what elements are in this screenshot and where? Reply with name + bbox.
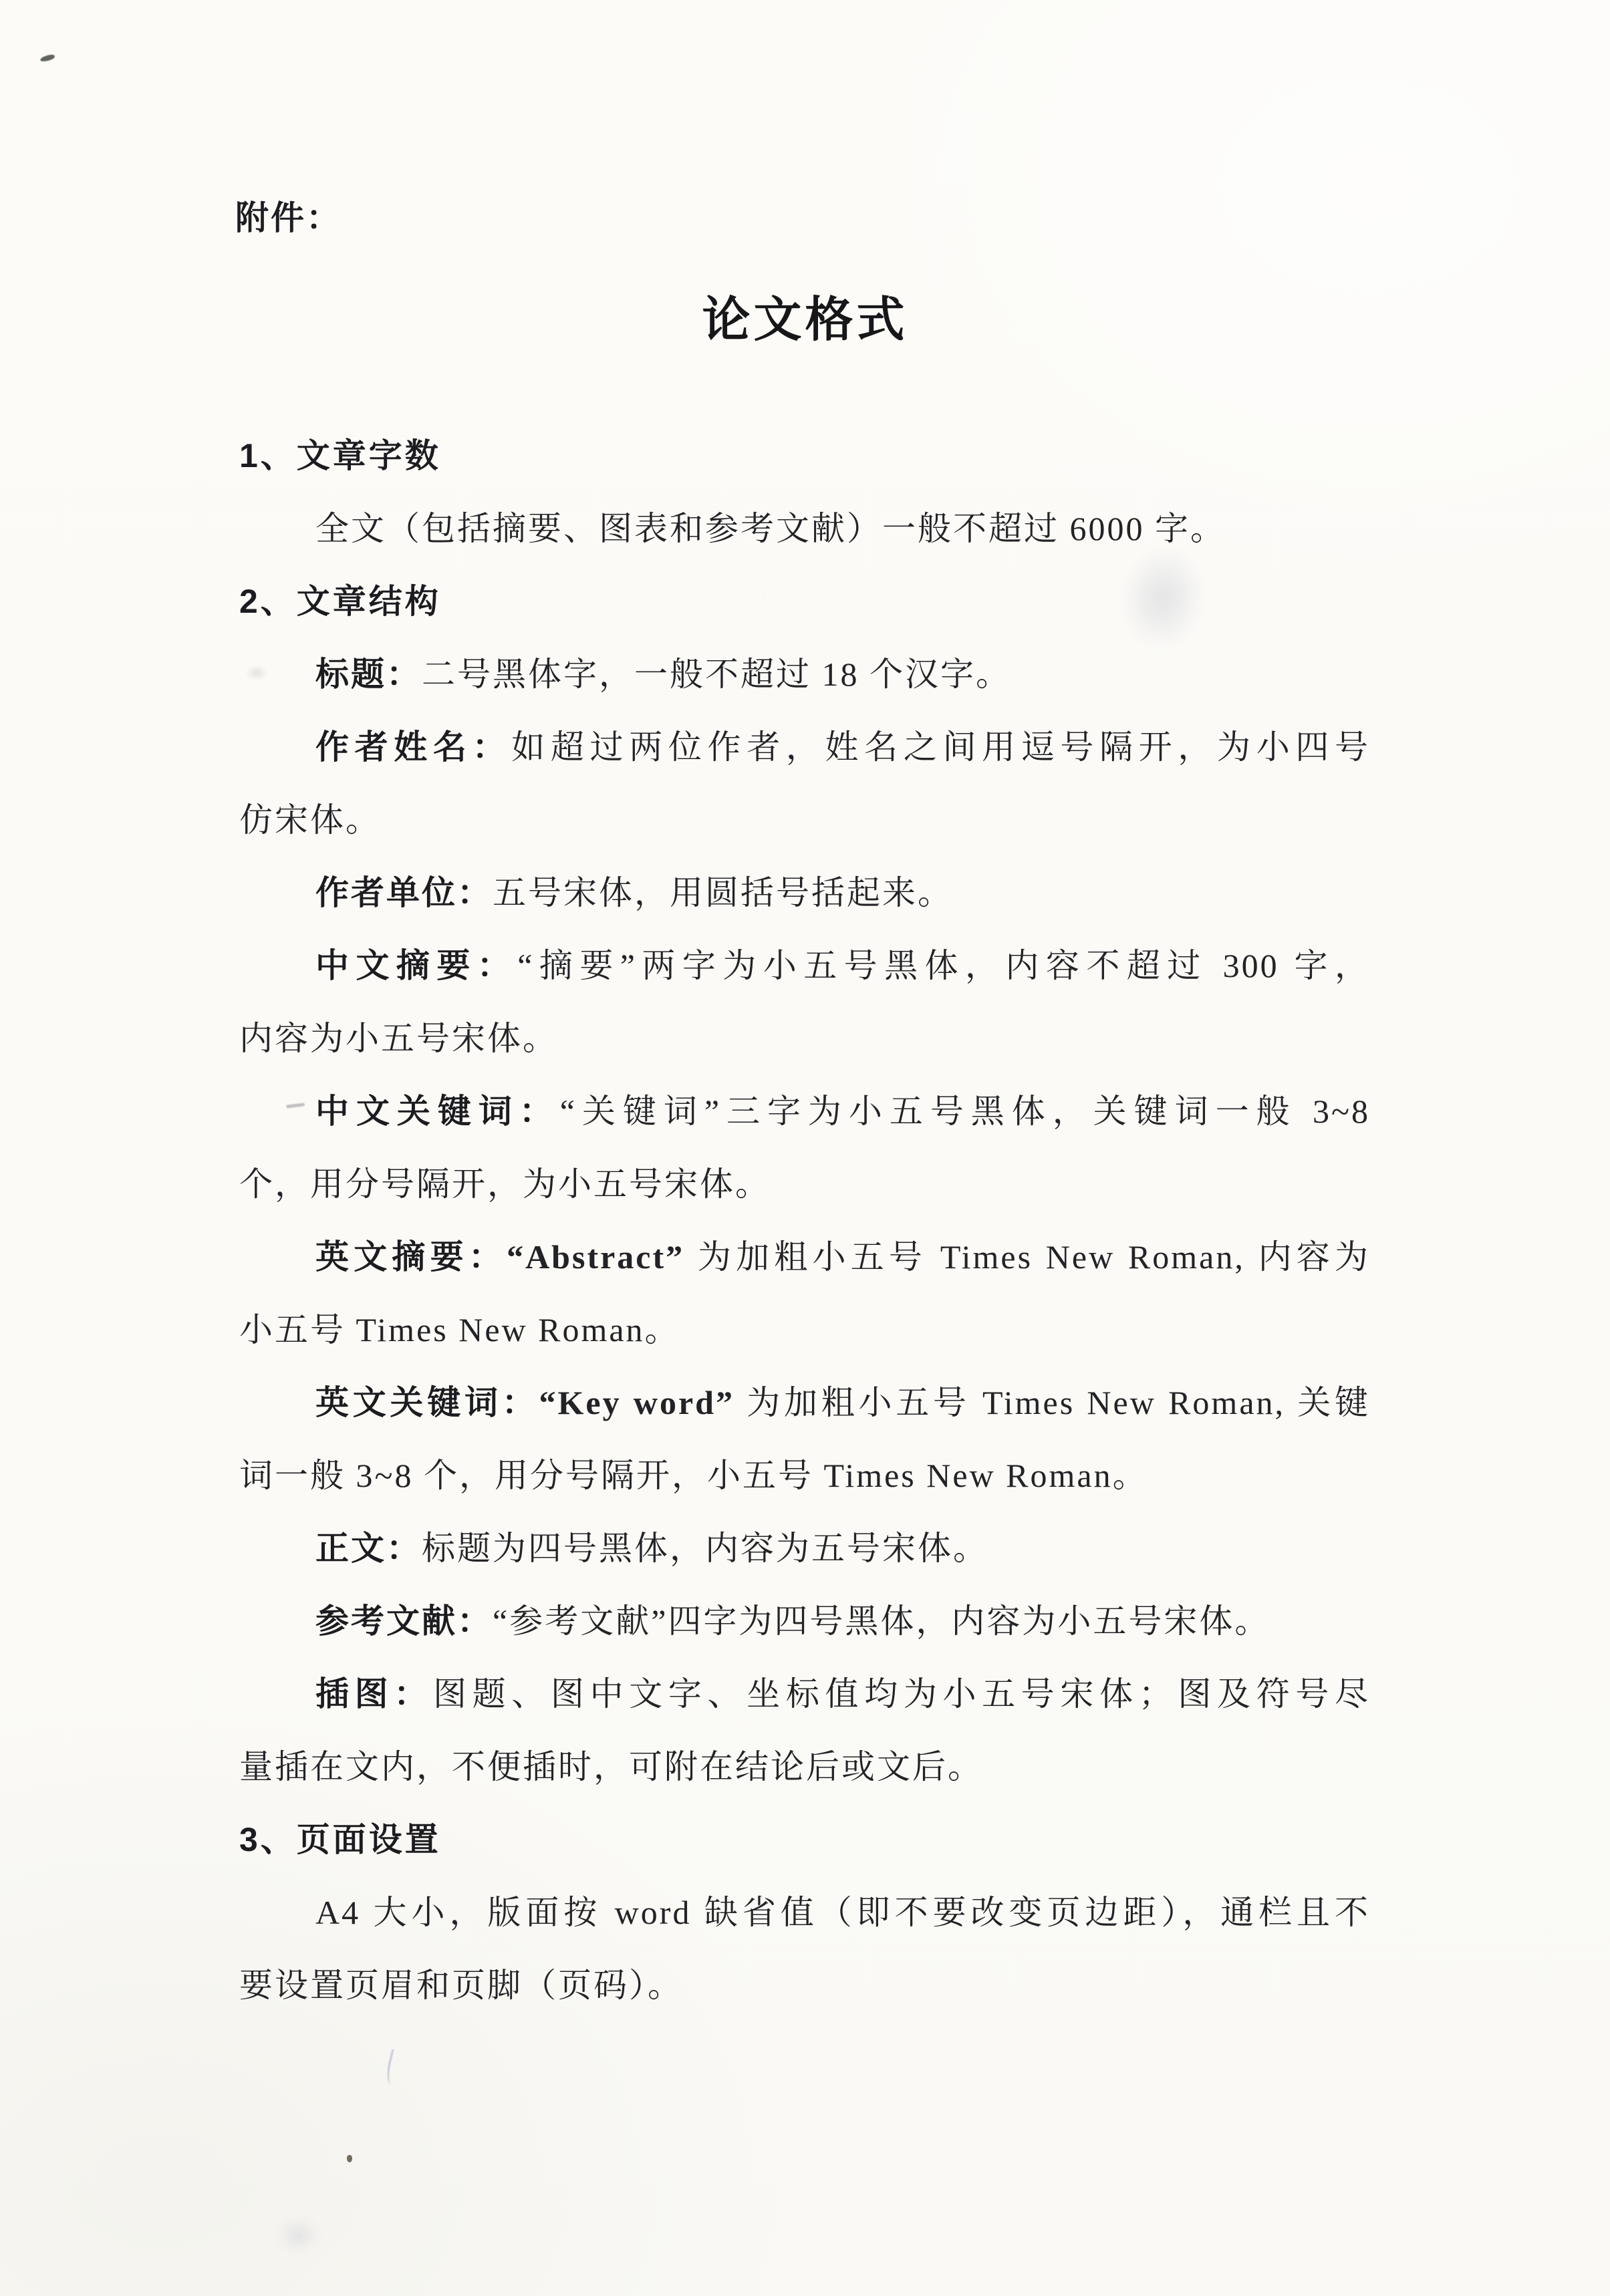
paragraph-label: 标题： [315,656,422,693]
paragraph-label: 作者单位： [315,874,493,911]
paragraph-line: 中文摘要：“摘要”两字为小五号黑体，内容不超过 300 字， [239,929,1370,1002]
paragraph-text: “摘要”两字为小五号黑体，内容不超过 300 字， [517,947,1370,984]
paragraph-text: 为加粗小五号 Times New Roman, 关键 [734,1384,1370,1421]
paragraph-text: 为加粗小五号 Times New Roman, 内容为 [684,1238,1370,1276]
paragraph-text: “关键词”三字为小五号黑体，关键词一般 3~8 [560,1093,1370,1130]
document-title: 论文格式 [0,281,1610,350]
section-heading: 2、文章结构 [239,565,1370,638]
paragraph-line: 要设置页眉和页脚（页码）。 [239,1949,1370,2022]
english-bold-term: “Abstract” [507,1238,684,1276]
paragraph-text: 个，用分号隔开，为小五号宋体。 [239,1165,771,1203]
paragraph-line: 个，用分号隔开，为小五号宋体。 [239,1148,1370,1221]
paragraph-line: 作者姓名：如超过两位作者，姓名之间用逗号隔开，为小四号 [239,711,1370,784]
paragraph-line: 英文摘要：“Abstract” 为加粗小五号 Times New Roman, … [239,1221,1370,1294]
paragraph-line: 小五号 Times New Roman。 [239,1294,1370,1367]
paragraph-text: 二号黑体字，一般不超过 18 个汉字。 [422,656,1011,693]
paragraph-line: 仿宋体。 [239,784,1370,857]
attachment-label: 附件： [235,191,342,239]
paragraph-label: 英文关键词： [315,1384,539,1421]
heading-text: 2、文章结构 [239,583,441,620]
paragraph-label: 正文： [315,1530,422,1567]
paragraph-line: 全文（包括摘要、图表和参考文献）一般不超过 6000 字。 [239,492,1370,565]
section-heading: 3、页面设置 [239,1804,1370,1876]
paragraph-label: 中文摘要： [315,947,517,984]
paragraph-line: 量插在文内，不便插时，可附在结论后或文后。 [239,1731,1370,1804]
paragraph-text: 如超过两位作者，姓名之间用逗号隔开，为小四号 [511,728,1370,766]
paragraph-text: 标题为四号黑体，内容为五号宋体。 [422,1530,988,1567]
english-bold-term: “Key word” [539,1384,734,1421]
paragraph-text: 全文（包括摘要、图表和参考文献）一般不超过 6000 字。 [315,510,1226,547]
paragraph-line: 标题：二号黑体字，一般不超过 18 个汉字。 [239,638,1370,711]
paragraph-label: 中文关键词： [315,1093,560,1130]
paragraph-line: 插图：图题、图中文字、坐标值均为小五号宋体；图及符号尽 [239,1658,1370,1731]
paragraph-line: 中文关键词：“关键词”三字为小五号黑体，关键词一般 3~8 [239,1075,1370,1148]
paragraph-text: 量插在文内，不便插时，可附在结论后或文后。 [239,1748,983,1785]
paragraph-line: A4 大小，版面按 word 缺省值（即不要改变页边距），通栏且不 [239,1876,1370,1949]
paragraph-line: 作者单位：五号宋体，用圆括号括起来。 [239,857,1370,929]
scanned-document-page: { "colors": { "paper": "#fcfbf8", "ink":… [0,0,1610,2296]
paragraph-text: A4 大小，版面按 word 缺省值（即不要改变页边距），通栏且不 [315,1894,1370,1931]
paragraph-label: 参考文献： [315,1602,493,1640]
paragraph-label: 插图： [315,1675,433,1713]
paragraph-text: 内容为小五号宋体。 [239,1020,558,1057]
paragraph-line: 正文：标题为四号黑体，内容为五号宋体。 [239,1512,1370,1585]
heading-text: 1、文章字数 [239,437,441,474]
section-heading: 1、文章字数 [239,420,1370,492]
paragraph-label: 作者姓名： [315,728,511,766]
paragraph-line: 词一般 3~8 个，用分号隔开，小五号 Times New Roman。 [239,1439,1370,1512]
paragraph-text: 仿宋体。 [239,801,381,839]
paragraph-text: 五号宋体，用圆括号括起来。 [493,874,953,911]
paragraph-line: 参考文献：“参考文献”四字为四号黑体，内容为小五号宋体。 [239,1585,1370,1658]
paragraph-text: 图题、图中文字、坐标值均为小五号宋体；图及符号尽 [433,1675,1370,1713]
paragraph-text: 小五号 Times New Roman。 [239,1311,680,1348]
paragraph-line: 内容为小五号宋体。 [239,1002,1370,1075]
paragraph-line: 英文关键词：“Key word” 为加粗小五号 Times New Roman,… [239,1367,1370,1439]
paragraph-text: 词一般 3~8 个，用分号隔开，小五号 Times New Roman。 [239,1457,1148,1494]
heading-text: 3、页面设置 [239,1821,441,1858]
paragraph-label: 英文摘要： [315,1238,507,1276]
paragraph-text: “参考文献”四字为四号黑体，内容为小五号宋体。 [493,1602,1270,1640]
document-body: 1、文章字数 全文（包括摘要、图表和参考文献）一般不超过 6000 字。 2、文… [239,420,1370,2022]
paragraph-text: 要设置页眉和页脚（页码）。 [239,1967,683,2004]
